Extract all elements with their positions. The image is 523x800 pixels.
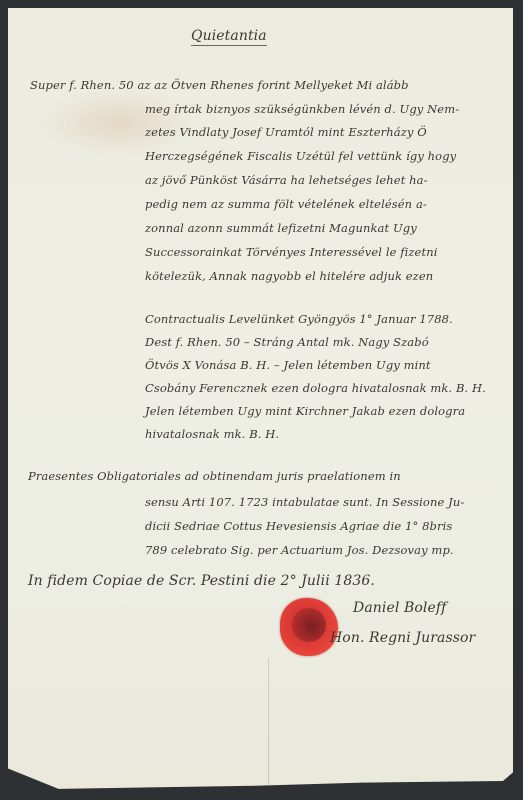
text-line: Jelen létemben Ugy mint Kirchner Jakab e…: [145, 400, 465, 422]
document-page: Quietantia Super f. Rhen. 50 az az Ötven…: [8, 8, 513, 792]
text-line: Super f. Rhen. 50 az az Ötven Rhenes for…: [30, 74, 409, 96]
text-line: dicii Sedriae Cottus Hevesiensis Agriae …: [145, 515, 452, 537]
wax-seal: [280, 598, 338, 656]
text-line: sensu Arti 107. 1723 intabulatae sunt. I…: [145, 491, 464, 513]
text-line: Praesentes Obligatoriales ad obtinendam …: [28, 465, 401, 487]
text-line: pedig nem az summa fölt vételének eltelé…: [145, 193, 427, 215]
text-line: Csobány Ferencznek ezen dologra hivatalo…: [145, 377, 486, 399]
text-line: az jövő Pünköst Vásárra ha lehetséges le…: [145, 169, 428, 191]
text-line: Ötvös X Vonása B. H. – Jelen létemben Ug…: [145, 354, 431, 376]
text-line: meg írtak biznyos szükségünkben lévén d.…: [145, 98, 459, 120]
text-line: zonnal azonn summát lefizetni Magunkat U…: [145, 217, 417, 239]
text-line: Contractualis Levelünket Gyöngyös 1° Jan…: [145, 308, 453, 330]
text-line: zetes Vindlaty Josef Uramtól mint Eszter…: [145, 121, 427, 143]
text-line: kötelezük, Annak nagyobb el hitelére adj…: [145, 265, 433, 287]
document-title: Quietantia: [191, 28, 267, 46]
text-line: hivatalosnak mk. B. H.: [145, 423, 279, 445]
attestation-line: In fidem Copiae de Scr. Pestini die 2° J…: [28, 570, 375, 592]
text-line: Dest f. Rhen. 50 – Stráng Antal mk. Nagy…: [145, 331, 429, 353]
seal-impression: [292, 608, 326, 642]
text-line: 789 celebrato Sig. per Actuarium Jos. De…: [145, 539, 454, 561]
text-line: Successorainkat Törvényes Interessével l…: [145, 241, 437, 263]
paper-fold: [268, 658, 269, 792]
text-line: Herczegségének Fiscalis Uzétül fel vettü…: [145, 145, 456, 167]
signature-title: Hon. Regni Jurassor: [330, 630, 475, 646]
signature-name: Daniel Boleff: [353, 600, 446, 616]
